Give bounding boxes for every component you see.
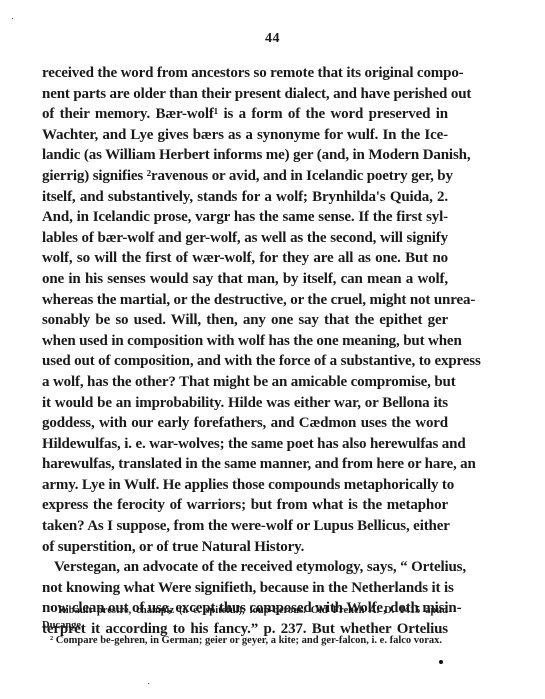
text-line: not knowing what Were signifieth, becaus… — [42, 578, 448, 599]
text-line: itself, and substantively, stands for a … — [42, 187, 448, 208]
footnote-1-cont: Ducange. — [42, 618, 448, 633]
page-number: 44 — [0, 31, 545, 47]
text-line: lables of bær-wolf and ger-wolf, as well… — [42, 228, 448, 249]
text-line: one in his senses would say that man, by… — [42, 269, 448, 290]
footnotes: ¹ Ribault prestre, champiz (i. e. spitef… — [42, 603, 448, 648]
footnote-1: ¹ Ribault prestre, champiz (i. e. spitef… — [42, 603, 448, 618]
text-line: of their memory. Bær-wolf¹ is a form of … — [42, 104, 448, 125]
text-line: taken? As I suppose, from the were-wolf … — [42, 516, 448, 537]
text-line: express the ferocity of warriors; but fr… — [42, 495, 448, 516]
text-line: army. Lye in Wulf. He applies those comp… — [42, 475, 448, 496]
text-line: goddess, with our early forefathers, and… — [42, 413, 448, 434]
text-line: a wolf, has the other? That might be an … — [42, 372, 448, 393]
ink-dot — [12, 18, 13, 19]
text-line: of superstition, or of true Natural Hist… — [42, 537, 448, 558]
ink-speck — [439, 660, 443, 664]
text-line: harewulfas, translated in the same manne… — [42, 454, 448, 475]
text-line: Hildewulfas, i. e. war-wolves; the same … — [42, 434, 448, 455]
text-line: Wachter, and Lye gives bærs as a synonym… — [42, 125, 448, 146]
text-line: Verstegan, an advocate of the received e… — [42, 557, 448, 578]
text-line: whereas the martial, or the destructive,… — [42, 290, 448, 311]
text-line: it would be an improbability. Hilde was … — [42, 393, 448, 414]
text-line: nent parts are older than their present … — [42, 84, 448, 105]
text-line: used out of composition, and with the fo… — [42, 351, 448, 372]
text-line: when used in composition with wolf has t… — [42, 331, 448, 352]
text-line: sonably be so used. Will, then, any one … — [42, 310, 448, 331]
text-line: wolf, so will the first of wær-wolf, for… — [42, 248, 448, 269]
ink-dot — [148, 683, 149, 684]
text-line: landic (as William Herbert informs me) g… — [42, 145, 448, 166]
text-line: received the word from ancestors so remo… — [42, 63, 448, 84]
text-line: gierrig) signifies ²ravenous or avid, an… — [42, 166, 448, 187]
footnote-2: ² Compare be-gehren, in German; geier or… — [42, 633, 448, 648]
text-line: And, in Icelandic prose, vargr has the s… — [42, 207, 448, 228]
body-text: received the word from ancestors so remo… — [42, 63, 448, 640]
